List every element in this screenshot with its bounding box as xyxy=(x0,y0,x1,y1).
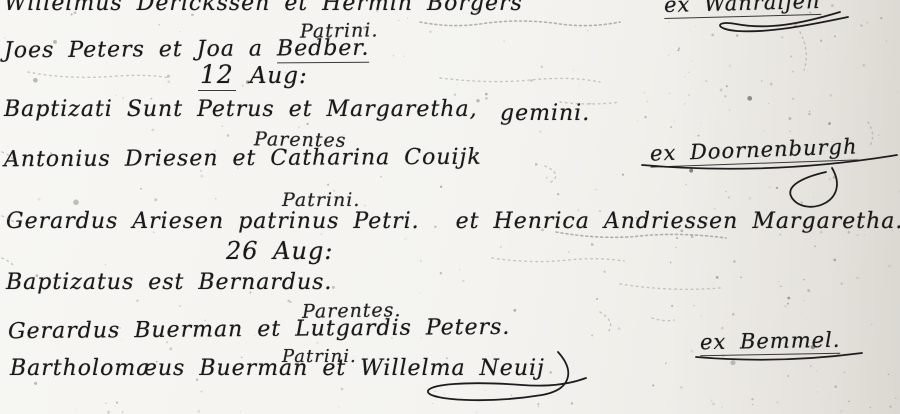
entry1-origin-note: ex Wanraijen xyxy=(664,0,821,17)
bleed-through-marks xyxy=(440,78,600,82)
entry3-date-line: 26 Aug: xyxy=(226,237,333,265)
bleed-through-marks xyxy=(545,166,556,182)
bleed-through-marks xyxy=(600,312,674,332)
entry3-origin-note: ex Bemmel. xyxy=(700,328,841,354)
entry2-date-line: 12 Aug: xyxy=(198,60,308,89)
entry3-parents-line: Gerardus Buerman et Lutgardis Peters. xyxy=(8,315,511,344)
scanned-baptismal-register-page: Willelmus Derickssen et Hermin Borgers e… xyxy=(0,0,900,414)
entry3-witnesses-line: Bartholomæus Buerman et Willelma Neuij xyxy=(10,356,545,381)
entry2-witnesses-part1: Gerardus Ariesen patrinus Petri. xyxy=(6,209,420,234)
bleed-through-marks xyxy=(420,21,620,26)
entry2-twins-note: gemini. xyxy=(500,101,590,126)
bleed-through-marks xyxy=(28,72,170,78)
entry3-origin-text: ex Bemmel. xyxy=(700,328,841,356)
entry2-parents-line: Antonius Driesen et Catharina Couijk xyxy=(4,145,482,173)
entry2-witnesses-line: Gerardus Ariesen patrinus Petri. et Henr… xyxy=(6,209,900,234)
entry2-date-month: Aug: xyxy=(250,63,308,89)
entry2-witnesses-part2: et Henrica Andriessen Margaretha. xyxy=(456,209,900,234)
entry1-parents-line: Willelmus Derickssen et Hermin Borgers xyxy=(4,0,523,16)
entry2-date-day: 12 xyxy=(198,60,236,91)
entry2-baptism-line: Baptizati Sunt Petrus et Margaretha, xyxy=(4,97,478,122)
bleed-through-marks xyxy=(492,258,624,262)
entry3-baptism-line: Baptizatus est Bernardus. xyxy=(6,270,332,295)
entry1-witnesses-line: Joes Peters et Joa a Bedber. xyxy=(4,36,370,64)
entry2-patrini-label: Patrini. xyxy=(282,189,360,211)
